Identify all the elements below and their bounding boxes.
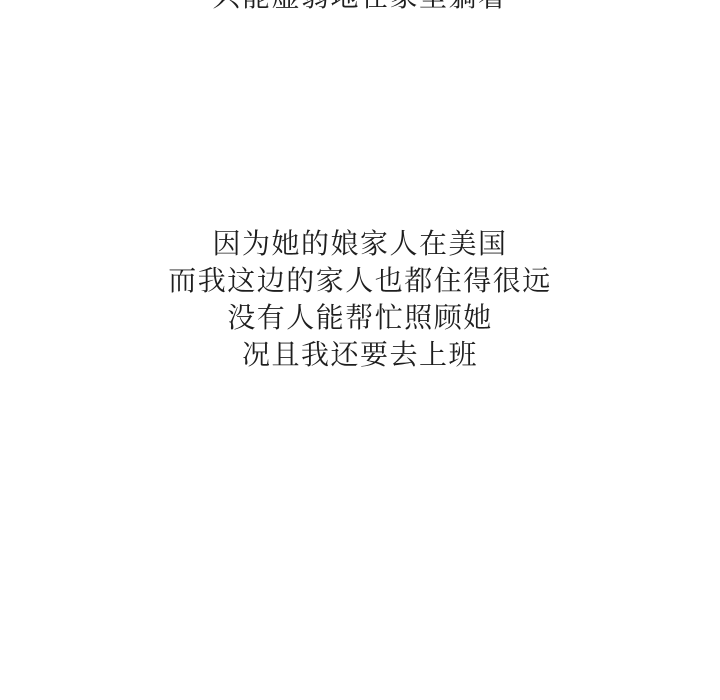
comic-page: 只能虚弱地在家里躺着 因为她的娘家人在美国 而我这边的家人也都住得很远 没有人能… bbox=[0, 0, 720, 700]
narration-block: 因为她的娘家人在美国 而我这边的家人也都住得很远 没有人能帮忙照顾她 况且我还要… bbox=[0, 225, 720, 373]
narration-line: 因为她的娘家人在美国 bbox=[0, 225, 720, 262]
narration-line: 而我这边的家人也都住得很远 bbox=[0, 262, 720, 299]
narration-line: 况且我还要去上班 bbox=[0, 336, 720, 373]
narration-line: 没有人能帮忙照顾她 bbox=[0, 299, 720, 336]
top-caption-partial: 只能虚弱地在家里躺着 bbox=[0, 0, 720, 15]
